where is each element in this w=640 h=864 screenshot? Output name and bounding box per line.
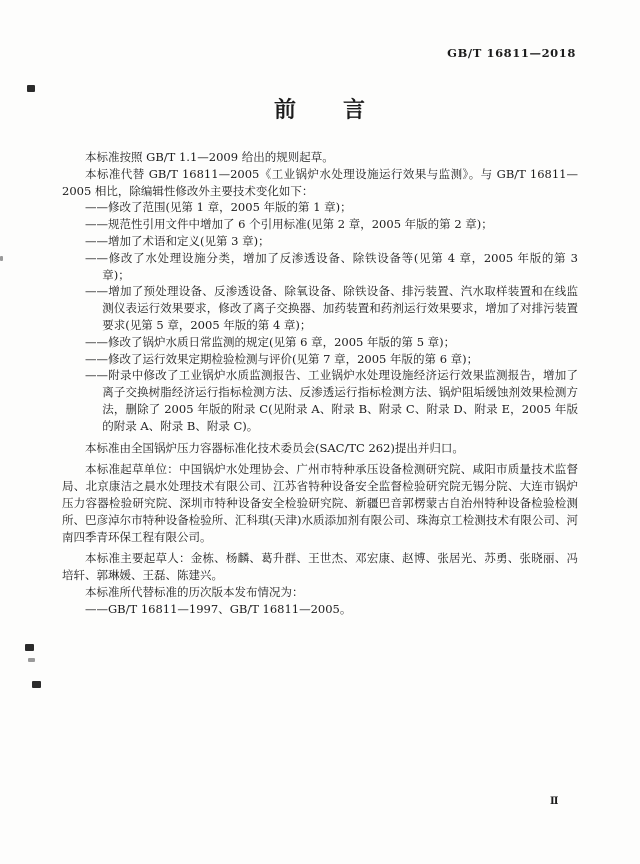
change-item: ——增加了术语和定义(见第 3 章)； xyxy=(62,233,578,250)
change-list: ——修改了范围(见第 1 章，2005 年版的第 1 章)； ——规范性引用文件… xyxy=(62,199,578,434)
scan-artifact xyxy=(25,644,34,651)
standard-number: GB/T 16811—2018 xyxy=(447,46,576,60)
history-item: ——GB/T 16811—1997、GB/T 16811—2005。 xyxy=(62,601,578,618)
change-item: ——修改了锅炉水质日常监测的规定(见第 6 章，2005 年版的第 5 章)； xyxy=(62,334,578,351)
change-item: ——修改了水处理设施分类，增加了反渗透设备、除铁设备等(见第 4 章，2005 … xyxy=(62,250,578,284)
page-number: Ⅱ xyxy=(550,796,558,807)
change-item: ——增加了预处理设备、反渗透设备、除氧设备、除铁设备、排污装置、汽水取样装置和在… xyxy=(62,283,578,333)
intro-paragraph: 本标准代替 GB/T 16811—2005《工业锅炉水处理设施运行效果与监测》。… xyxy=(62,166,578,200)
change-item: ——修改了运行效果定期检验检测与评价(见第 7 章，2005 年版的第 6 章)… xyxy=(62,351,578,368)
scan-artifact xyxy=(32,681,41,688)
scan-artifact xyxy=(28,658,35,662)
change-item: ——规范性引用文件中增加了 6 个引用标准(见第 2 章，2005 年版的第 2… xyxy=(62,216,578,233)
page-title: 前 言 xyxy=(0,93,640,124)
change-item: ——修改了范围(见第 1 章，2005 年版的第 1 章)； xyxy=(62,199,578,216)
drafters-paragraph: 本标准主要起草人：金栋、杨麟、葛升群、王世杰、邓宏康、赵博、张居光、苏勇、张晓丽… xyxy=(62,550,578,584)
foreword-content: 本标准按照 GB/T 1.1—2009 给出的规则起草。 本标准代替 GB/T … xyxy=(62,149,578,618)
change-item: ——附录中修改了工业锅炉水质监测报告、工业锅炉水处理设施经济运行效果监测报告，增… xyxy=(62,367,578,434)
intro-paragraph: 本标准按照 GB/T 1.1—2009 给出的规则起草。 xyxy=(62,149,578,166)
history-intro-paragraph: 本标准所代替标准的历次版本发布情况为： xyxy=(62,584,578,601)
committee-paragraph: 本标准由全国锅炉压力容器标准化技术委员会(SAC/TC 262)提出并归口。 xyxy=(62,440,578,457)
document-page: GB/T 16811—2018 前 言 本标准按照 GB/T 1.1—2009 … xyxy=(0,0,640,864)
drafting-units-paragraph: 本标准起草单位：中国锅炉水处理协会、广州市特种承压设备检测研究院、咸阳市质量技术… xyxy=(62,461,578,545)
scan-artifact xyxy=(27,85,35,92)
scan-artifact xyxy=(0,256,3,261)
